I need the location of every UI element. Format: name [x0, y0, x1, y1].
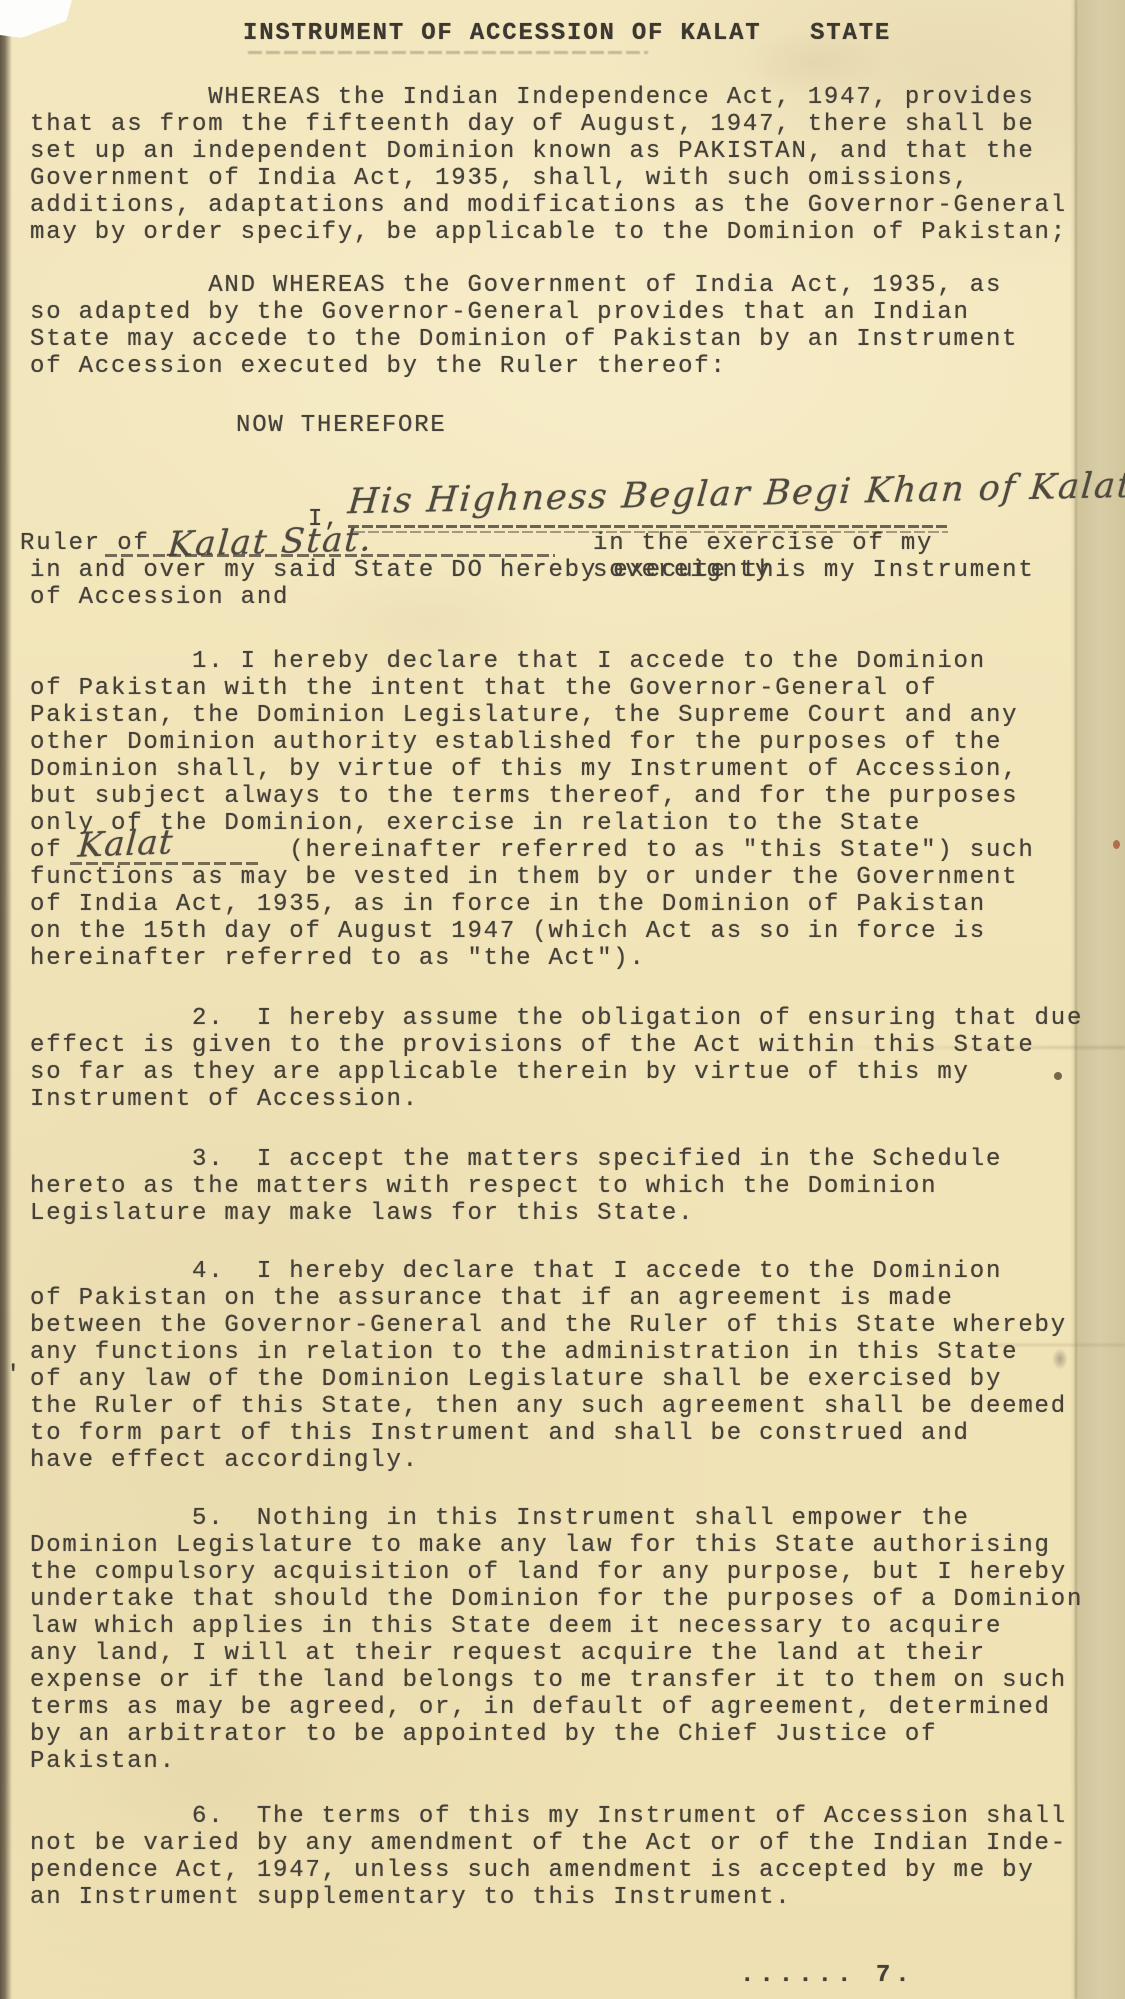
paragraph-and-whereas: AND WHEREAS the Government of India Act,… — [30, 272, 1118, 380]
scan-left-shadow-edge — [0, 0, 12, 1999]
paragraph-clause-3: 3. I accept the matters specified in the… — [30, 1146, 1118, 1227]
title-underline-smudge — [248, 51, 648, 54]
scanned-document-page: INSTRUMENT OF ACCESSION OF KALAT STATE W… — [0, 0, 1125, 1999]
typed-blank-underline — [70, 862, 262, 865]
paragraph-whereas: WHEREAS the Indian Independence Act, 194… — [30, 84, 1118, 246]
paragraph-clause-5: 5. Nothing in this Instrument shall empo… — [30, 1505, 1118, 1775]
paragraph-clause-6: 6. The terms of this my Instrument of Ac… — [30, 1803, 1118, 1911]
handwritten-ruler-name: His Highness Beglar Begi Khan of Kalat — [346, 466, 1125, 523]
page-number: ...... 7. — [740, 1962, 915, 1989]
typed-ruler-of-label: Ruler of — [20, 530, 150, 557]
document-title: INSTRUMENT OF ACCESSION OF KALAT STATE — [243, 20, 891, 47]
handwritten-state-name-clause1: Kalat — [77, 822, 175, 865]
torn-corner-white-patch — [0, 0, 72, 38]
now-therefore-heading: NOW THEREFORE — [236, 412, 447, 439]
paragraph-clause-4: 4. I hereby declare that I accede to the… — [30, 1258, 1118, 1474]
stray-ink-mark: ' — [6, 1362, 22, 1389]
declaration-continuation: in and over my said State DO hereby exec… — [30, 557, 1118, 611]
paragraph-clause-2: 2. I hereby assume the obligation of ens… — [30, 1005, 1118, 1113]
paragraph-clause-1: 1. I hereby declare that I accede to the… — [30, 648, 1118, 972]
